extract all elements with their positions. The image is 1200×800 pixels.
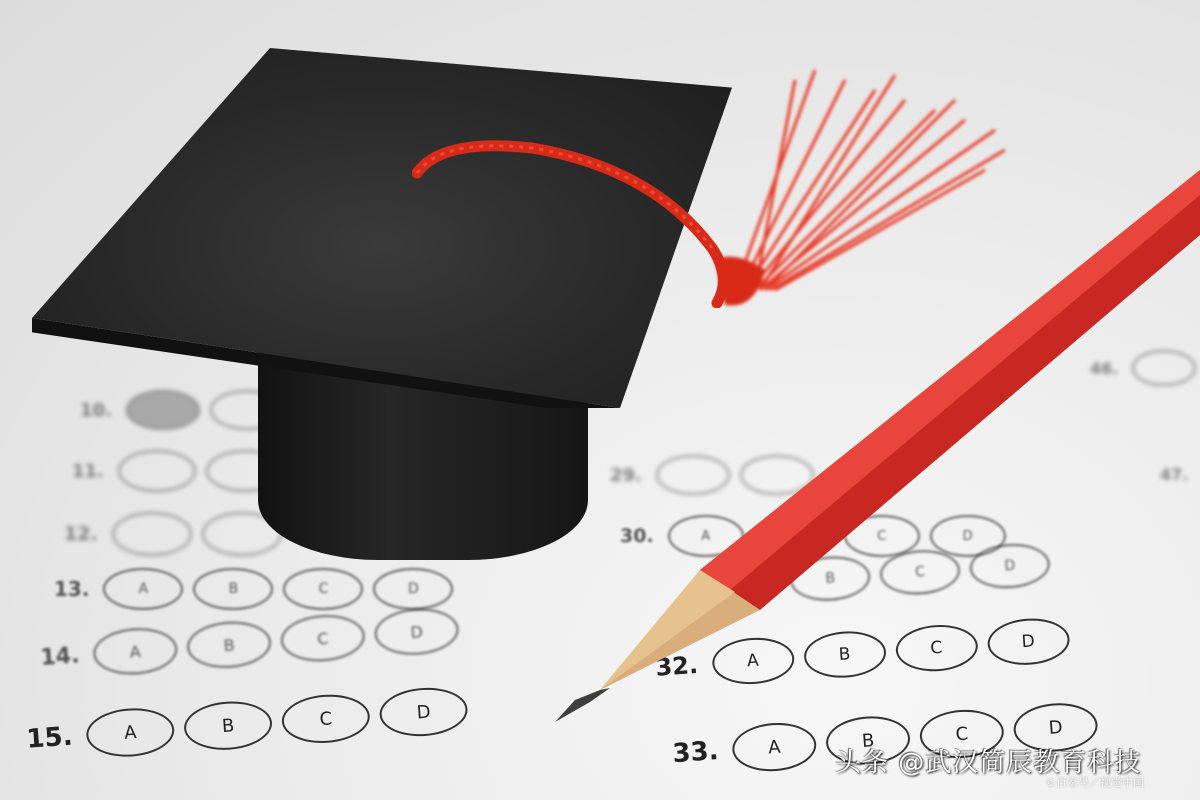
answer-row-15: 15. A B C D: [25, 684, 479, 763]
answer-bubble-b: B: [802, 629, 887, 681]
watermark-credit: ©百家号／视觉中国: [1045, 774, 1144, 790]
answer-bubble-b: B: [186, 619, 273, 671]
answer-row: 12.: [64, 512, 292, 556]
answer-bubble-d: D: [378, 685, 469, 739]
answer-bubble-c: C: [879, 548, 962, 597]
question-number: 46.: [1090, 359, 1118, 378]
answer-bubble: [1132, 350, 1196, 386]
answer-bubble: [112, 512, 192, 556]
question-number: 29.: [610, 465, 642, 486]
answer-bubble-c: C: [283, 568, 363, 610]
answer-bubble: [740, 455, 814, 495]
answer-bubble-d: D: [968, 541, 1051, 590]
answer-row: 29.: [610, 455, 824, 495]
question-number: 11.: [72, 461, 104, 482]
answer-bubble-a: A: [710, 635, 795, 687]
answer-row: 47.: [1160, 465, 1200, 484]
answer-bubble-d: D: [373, 568, 453, 610]
question-number: 13.: [54, 577, 89, 601]
question-number: 33.: [671, 736, 719, 769]
answer-bubble-a: A: [668, 515, 744, 557]
question-number: 14.: [40, 643, 81, 671]
answer-bubble-a: A: [731, 720, 818, 774]
answer-bubble: [118, 450, 196, 492]
answer-bubble-a: A: [103, 568, 183, 610]
answer-bubble-b: B: [789, 554, 872, 603]
answer-bubble-b: B: [183, 699, 274, 753]
answer-row-14: 14. A B C D: [39, 605, 470, 681]
question-number: 12.: [64, 523, 98, 545]
question-number: 32.: [655, 651, 699, 682]
answer-bubble-c: C: [280, 692, 371, 746]
answer-row-13: 13. A B C D: [54, 568, 463, 610]
answer-bubble-d: D: [986, 616, 1071, 668]
question-number: 47.: [1160, 465, 1188, 484]
answer-bubble-c: C: [279, 612, 366, 664]
answer-bubble-b: B: [193, 568, 273, 610]
answer-bubble-c: C: [894, 622, 979, 674]
answer-row: 46.: [1090, 350, 1200, 386]
answer-bubble-d: D: [373, 606, 460, 658]
answer-bubble: [656, 455, 730, 495]
question-number: 10.: [80, 400, 112, 421]
answer-row-32: 32. A B C D: [654, 615, 1081, 691]
answer-bubble-a: A: [92, 625, 179, 677]
answer-bubble-a: A: [85, 705, 176, 759]
question-number: 15.: [26, 722, 74, 755]
question-number: 30.: [620, 525, 654, 547]
photo-scene: 10. 11. 12. 13. A B C D 14. A B C D: [0, 0, 1200, 800]
answer-bubble-filled: [126, 390, 200, 430]
